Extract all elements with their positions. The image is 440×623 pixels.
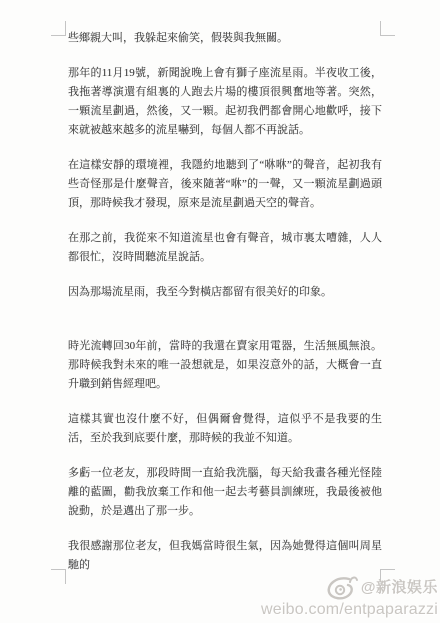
paragraph: 在那之前，我從來不知道流星也會有聲音，城市裏太嘈雜，人人都很忙，沒時間聽流星說話… <box>68 229 382 267</box>
paragraph: 因為那場流星雨，我至今對橫店都留有很美好的印象。 <box>68 283 382 302</box>
paragraph: 多虧一位老友，那段時間一直給我洗腦，每天給我畫各種光怪陸離的藍圖，勸我放棄工作和… <box>68 464 382 521</box>
paragraph: 那年的11月19號，新聞說晚上會有獅子座流星雨。半夜收工後，我拖著導演還有組裏的… <box>68 64 382 140</box>
watermark-url: weibo.com/entpaparazzi <box>261 602 438 618</box>
paragraph: 時光流轉回30年前，當時的我還在賣家用電器，生活無風無浪。那時候我對未來的唯一設… <box>68 337 382 394</box>
weibo-watermark: @新浪娱乐 weibo.com/entpaparazzi <box>261 574 438 618</box>
crop-mark-top-left <box>51 21 66 36</box>
document-body-text: 些鄉親大叫，我躲起來偷笑，假裝與我無關。 那年的11月19號，新聞說晚上會有獅子… <box>68 29 382 591</box>
paragraph: 在這樣安靜的環境裡，我隱約地聽到了“咻咻”的聲音，起初我有些奇怪那是什麼聲音，後… <box>68 156 382 213</box>
paragraph: 我很感謝那位老友，但我媽當時很生氣，因為她覺得這個叫周星馳的 <box>68 537 382 575</box>
paragraph: 這樣其實也沒什麼不好，但偶爾會覺得，這似乎不是我要的生活，至於我到底要什麼，那時… <box>68 410 382 448</box>
paragraph: 些鄉親大叫，我躲起來偷笑，假裝與我無關。 <box>68 29 382 48</box>
crop-mark-top-right <box>380 21 395 36</box>
sina-weibo-eye-logo <box>324 574 358 601</box>
crop-mark-bottom-left <box>51 569 66 584</box>
scanned-document-page: 些鄉親大叫，我躲起來偷笑，假裝與我無關。 那年的11月19號，新聞說晚上會有獅子… <box>0 0 440 623</box>
watermark-account-handle: @新浪娱乐 <box>361 580 438 595</box>
